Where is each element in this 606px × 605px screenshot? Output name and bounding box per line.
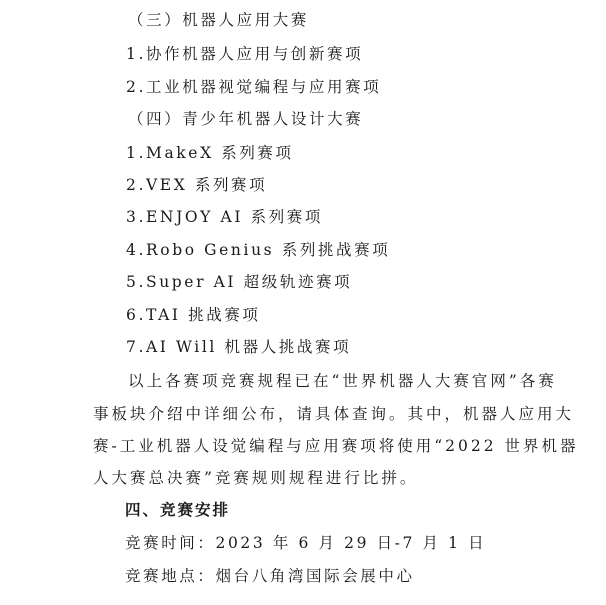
paragraph-line: 人大赛总决赛”竞赛规则规程进行比拼。 xyxy=(93,468,418,488)
competition-time: 竞赛时间：2023 年 6 月 29 日-7 月 1 日 xyxy=(125,533,486,553)
list-item: 1.MakeX 系列赛项 xyxy=(126,143,294,163)
paragraph-line: 以上各赛项竞赛规程已在“世界机器人大赛官网”各赛 xyxy=(128,371,557,391)
list-item: 2.VEX 系列赛项 xyxy=(126,175,267,195)
paragraph-line: 事板块介绍中详细公布，请具体查询。其中，机器人应用大 xyxy=(93,404,574,424)
section-three-heading: （三）机器人应用大赛 xyxy=(128,10,309,30)
list-item: 4.Robo Genius 系列挑战赛项 xyxy=(126,240,390,260)
paragraph-line: 赛-工业机器人设觉编程与应用赛项将使用“2022 世界机器 xyxy=(93,436,579,456)
section-four-heading: （四）青少年机器人设计大赛 xyxy=(128,109,363,129)
list-item: 2.工业机器视觉编程与应用赛项 xyxy=(126,77,381,97)
list-item: 7.AI Will 机器人挑战赛项 xyxy=(126,337,351,357)
list-item: 6.TAI 挑战赛项 xyxy=(126,305,261,325)
competition-location: 竞赛地点：烟台八角湾国际会展中心 xyxy=(125,566,415,586)
list-item: 5.Super AI 超级轨迹赛项 xyxy=(126,272,352,292)
list-item: 3.ENJOY AI 系列赛项 xyxy=(126,207,323,227)
competition-arrangement-heading: 四、竞赛安排 xyxy=(125,500,230,520)
list-item: 1.协作机器人应用与创新赛项 xyxy=(126,44,363,64)
